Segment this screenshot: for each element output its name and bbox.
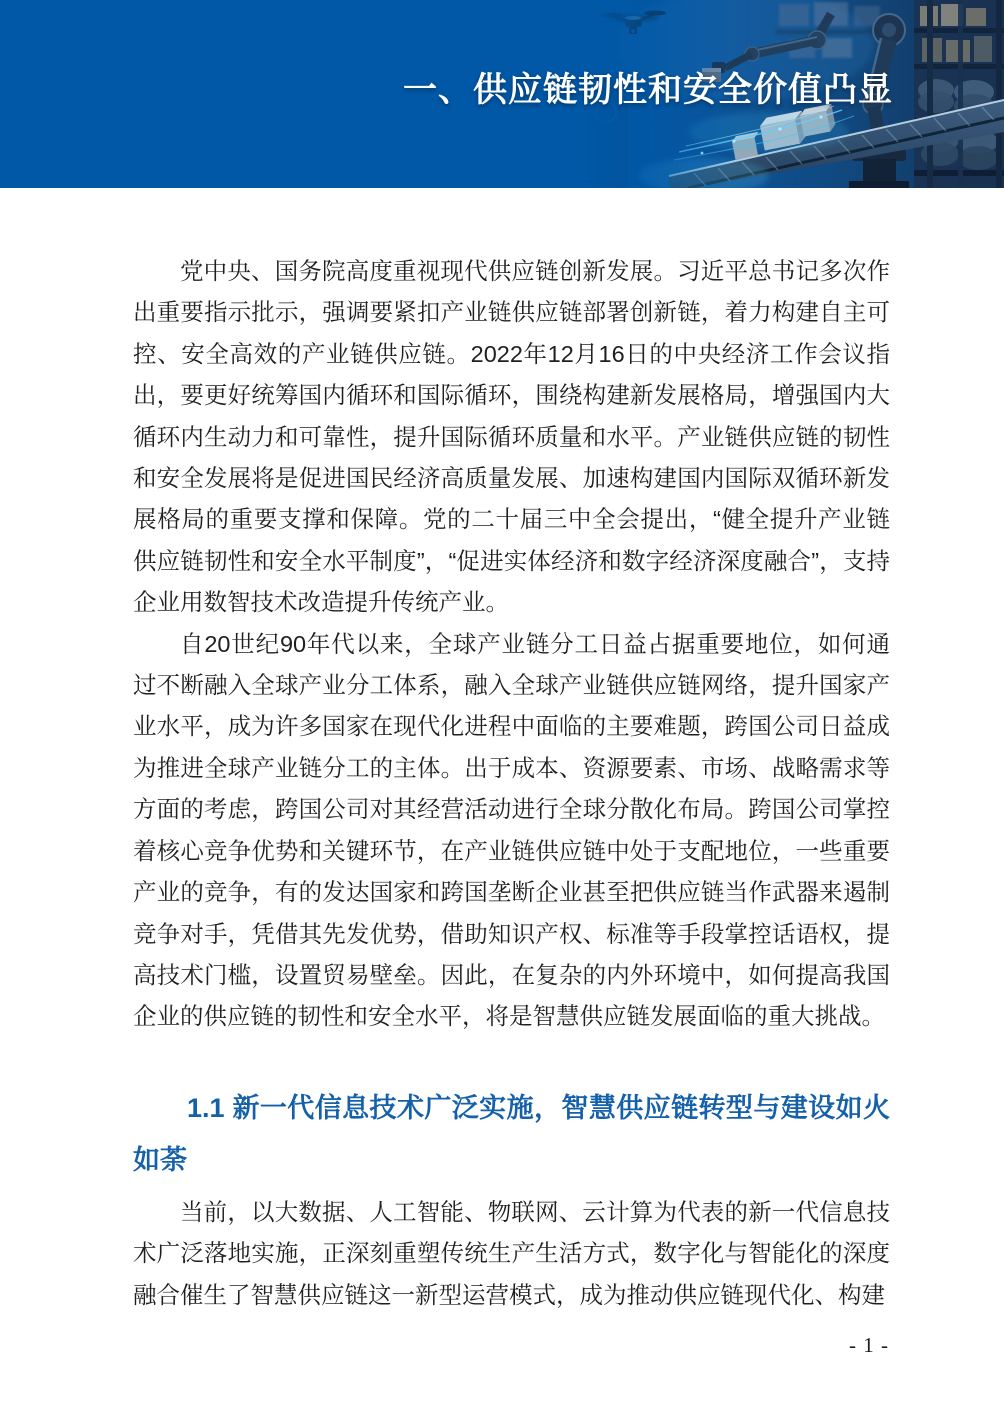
paragraph-3: 当前，以大数据、人工智能、物联网、云计算为代表的新一代信息技术广泛落地实施，正深… — [133, 1192, 890, 1316]
page-number: - 1 - — [849, 1333, 889, 1358]
warehouse-shelf-icon — [914, 0, 1004, 188]
paragraph-2: 自20世纪90年代以来，全球产业链分工日益占据重要地位，如何通过不断融入全球产业… — [133, 624, 890, 1038]
document-page: 一、供应链韧性和安全价值凸显 党中央、国务院高度重视现代供应链创新发展。习近平总… — [0, 0, 1004, 1417]
paragraph-1: 党中央、国务院高度重视现代供应链创新发展。习近平总书记多次作出重要指示批示，强调… — [133, 251, 890, 624]
chapter-title: 一、供应链韧性和安全价值凸显 — [403, 62, 893, 111]
chapter-banner: 一、供应链韧性和安全价值凸显 — [0, 0, 1004, 188]
page-content: 党中央、国务院高度重视现代供应链创新发展。习近平总书记多次作出重要指示批示，强调… — [133, 251, 890, 1316]
section-heading: 1.1 新一代信息技术广泛实施，智慧供应链转型与建设如火如荼 — [133, 1082, 890, 1186]
